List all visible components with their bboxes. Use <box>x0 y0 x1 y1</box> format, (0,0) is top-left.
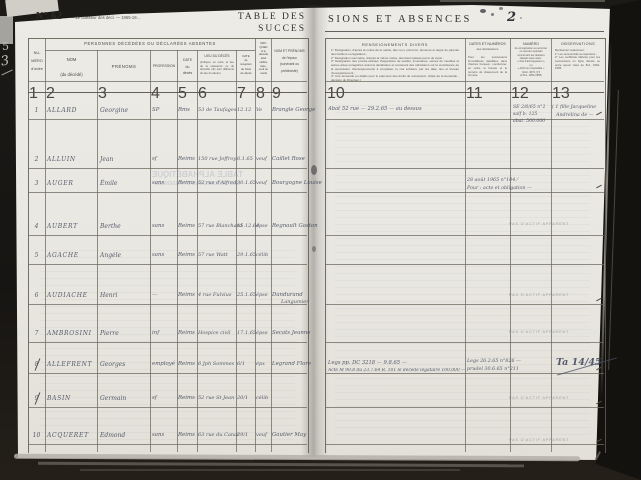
row-profession: sans <box>152 253 177 258</box>
row-profession: sf <box>152 396 177 401</box>
row-etat: épx <box>256 362 271 367</box>
row-lieu: Reims <box>178 224 197 229</box>
scanned-register-spread: 5 3 N° 62 — 2e classeur des décl. — 1965… <box>0 0 641 480</box>
column-header-renseignements-body: 1° Désignation, d'après la notice de la … <box>331 49 459 83</box>
column-header-numero-sommier: NUMÉRO <box>511 42 551 46</box>
row-adresse: 52 rue d'Alfred <box>198 181 236 186</box>
column-header-profession: PROFESSION <box>151 64 177 68</box>
row-lieu: Reims <box>178 433 197 438</box>
row-num: 1 <box>29 108 44 114</box>
row-conjoint-2: Langumier <box>281 300 311 305</box>
row-adresse: 4 rue Fulvius <box>198 293 236 298</box>
row-adresse: 53 de Taufages <box>198 108 236 113</box>
row-conjoint: Brangle George <box>272 108 308 113</box>
row-declaration-date: Legs 26.2.65 n°826 — <box>467 360 542 365</box>
row-conjoint: Gautier May <box>272 433 308 438</box>
row-renseignements: Acte M 90.8 du 23.7.64 R. 101 le décédé … <box>328 369 488 373</box>
column-header-date-avis: DATE de réception de l'avis de décès <box>237 54 255 75</box>
column-header-lieu-deces: LIEU DU DÉCÈS <box>198 54 236 58</box>
row-conjoint: Legrand Flore <box>272 362 308 367</box>
row-prenoms: Georgine <box>100 108 149 114</box>
row-renseignements: Legs pp. DC 3218 — 9.8.65 — <box>328 361 478 366</box>
table-row: 5 AGACHE Angèle sans Reims 57 rue Watt 2… <box>0 253 641 267</box>
col-num-8: 8 <box>256 84 271 104</box>
pencil-mark-3: 3 <box>0 53 11 69</box>
row-etat: Ve <box>256 108 271 113</box>
row-profession: employé <box>152 362 177 367</box>
col-num-4: 4 <box>151 84 177 104</box>
table-row: 8 ALLEFRENT Georges employé Reims 6 Jph … <box>0 362 641 376</box>
bleedthrough-texture-left <box>40 250 295 440</box>
row-nom: BASIN <box>47 396 97 402</box>
table-row: 1 ALLARD Georgine SP Rms 53 de Taufages … <box>0 108 641 122</box>
column-header-date-deces: DATE du décès <box>178 57 197 77</box>
row-nom: AMBROSINI <box>47 331 97 337</box>
pas-dactif-apparent-stamp: PAS D'ACTIF APPARENT <box>509 329 557 334</box>
row-prenoms: Henri <box>100 293 149 299</box>
column-header-epoux: NOM ET PRÉNOMS de l'époux (survivant ou … <box>272 48 307 74</box>
ink-smudge-2 <box>491 13 494 16</box>
row-conjoint: Regnault Gaston <box>272 224 308 229</box>
column-header-observations: OBSERVATIONS <box>552 42 604 47</box>
row-profession: inf <box>152 331 177 336</box>
pas-dactif-apparent-stamp: PAS D'ACTIF APPARENT <box>509 292 557 297</box>
row-nom: AUDIACHE <box>47 293 97 299</box>
row-lieu: Reims <box>178 362 197 367</box>
row-nom: AUGER <box>47 181 97 187</box>
column-header-observations-body: Mentionner notamment : 1° Les renvois fa… <box>555 49 600 71</box>
bleedthrough-texture-right <box>335 105 590 440</box>
row-conjoint: Bourgogne Louise <box>272 181 308 186</box>
row-date: 29/1 <box>237 433 254 438</box>
row-date: 6/1 <box>237 362 254 367</box>
col-num-3: 3 <box>98 84 150 104</box>
pas-dactif-apparent-stamp: PAS D'ACTIF APPARENT <box>509 437 557 442</box>
row-etat: épse <box>256 331 271 336</box>
row-observations: Andrelina de — <box>556 114 608 119</box>
row-adresse: 63 rue du Canal <box>198 433 236 438</box>
row-profession: sf <box>152 157 177 162</box>
header-bottom-line-left <box>28 92 307 93</box>
column-header-renseignements: RENSEIGNEMENTS DIVERS <box>327 42 463 47</box>
row-nom: ACQUERET <box>47 433 97 439</box>
column-header-lieu-note: (Indiquer, en outre, le lieu de la naiss… <box>200 61 234 75</box>
column-header-prenoms: PRÉNOMS <box>98 64 150 69</box>
col-num-12: 12 <box>511 84 551 104</box>
title-underline <box>325 31 604 32</box>
row-lieu: Rms <box>178 108 197 113</box>
table-row: 2 ALLUIN Jean sf Reims 150 rue Joffroy 6… <box>0 157 641 171</box>
row-adresse: 57 rue Watt <box>198 253 236 258</box>
row-lieu: Reims <box>178 253 197 258</box>
row-nom: ALLEFRENT <box>47 362 97 368</box>
row-num: 3 <box>29 181 44 187</box>
row-lieu: Reims <box>178 396 197 401</box>
column-header-dates-body: Pour les successions immobilières détail… <box>468 56 507 78</box>
row-conjoint: Secats Jeanne <box>272 331 308 336</box>
row-prenoms: Germain <box>100 396 149 402</box>
pencil-stroke <box>1 70 12 76</box>
col-num-13: 13 <box>552 84 604 104</box>
row-nom: ALLARD <box>47 108 97 114</box>
row-numero-sommier: abat. 500.000 <box>513 120 559 125</box>
row-lieu: Reims <box>178 331 197 336</box>
row-lieu: Reims <box>178 293 197 298</box>
ink-smudge-1 <box>480 9 486 13</box>
row-date: 29.1.65 <box>237 253 254 258</box>
row-etat: célib <box>256 253 271 258</box>
row-prenoms: Pierre <box>100 331 149 337</box>
table-row: 3 AUGER Émile sans Reims 52 rue d'Alfred… <box>0 181 641 195</box>
bottom-page-edge-3 <box>80 469 460 471</box>
row-profession: SP <box>152 108 177 113</box>
row-declaration-date: prudel 30.6.65 n°211 <box>467 368 542 373</box>
col-num-9: 9 <box>272 84 307 104</box>
row-prenoms: Berthe <box>100 224 149 230</box>
row-observations: ( 1 fille Jacqueline <box>552 106 608 111</box>
column-header-dates-sub: des déclarations <box>466 48 509 52</box>
row-prenoms: Émile <box>100 181 149 187</box>
register-number: N° 62 <box>36 11 62 24</box>
col-num-10: 10 <box>327 84 463 104</box>
row-profession: sans <box>152 181 177 186</box>
col-num-6: 6 <box>198 84 236 104</box>
bottom-page-edge-2 <box>38 462 524 468</box>
row-declaration-date: 28 août 1965 n°104 ⁄ <box>467 179 542 184</box>
row-num: 7 <box>29 331 44 337</box>
row-date: 25.1.65 <box>237 293 254 298</box>
row-adresse: 52 rue St Jean <box>198 396 236 401</box>
row-adresse: 150 rue Joffroy <box>198 157 236 162</box>
row-date: 6.1.65 <box>237 157 254 162</box>
page-title-right: SIONS ET ABSENCES <box>328 13 472 26</box>
row-etat: épse <box>256 224 271 229</box>
row-conjoint: Caillet Rose <box>272 157 308 162</box>
row-declaration-date: Pour : acte et obligation — <box>467 187 542 192</box>
page-title-left: TABLE DES SUCCES <box>186 12 306 36</box>
row-date: 20/1 <box>237 396 254 401</box>
row-adresse: 57 rue Blanchard <box>198 224 236 229</box>
row-num: 10 <box>29 433 44 439</box>
row-date: 12.12 <box>237 108 254 113</box>
col-num-1: 1 <box>29 84 45 104</box>
bleedthrough-line1: TABLE ALPHABÉTIQUE <box>135 170 260 179</box>
column-header-etat-civil: INDI- QUER si le décédé était céliba- ta… <box>256 42 271 76</box>
ink-smudge-4 <box>520 17 522 19</box>
pencil-mark-5: 5 <box>2 40 9 53</box>
row-etat: célib <box>256 396 271 401</box>
row-num: 2 <box>29 157 44 163</box>
row-etat: épse <box>256 293 271 298</box>
header-bottom-line-right <box>325 92 604 93</box>
row-conjoint: Dandurand <box>272 293 308 298</box>
pas-dactif-apparent-stamp: PAS D'ACTIF APPARENT <box>509 395 557 400</box>
top-edge-sliver <box>440 0 605 2</box>
numbers-row-line-left <box>28 81 307 82</box>
handwritten-page-number: 2 <box>507 11 516 24</box>
row-adresse: Hospice civil <box>198 331 236 336</box>
col-num-11: 11 <box>466 84 509 104</box>
row-num: 4 <box>29 224 44 230</box>
col-num-5: 5 <box>178 84 197 104</box>
column-header-numero-body: de consignation au sommier ou mention sp… <box>513 47 549 77</box>
pas-dactif-apparent-stamp: PAS D'ACTIF APPARENT <box>509 221 557 226</box>
row-prenoms: Edmond <box>100 433 149 439</box>
row-etat: veuf <box>256 433 271 438</box>
row-prenoms: Jean <box>100 157 149 163</box>
column-header-numero: NU- MÉRO d'ordre <box>29 50 45 74</box>
row-date: 17.1.65 <box>237 331 254 336</box>
column-header-dates-numeros: DATES ET NUMÉROS <box>466 42 509 46</box>
row-etat: veuf <box>256 157 271 162</box>
group-header-personnes: PERSONNES DÉCÉDÉES OU DÉCLARÉES ABSENTES <box>46 41 254 46</box>
row-nom: AUBERT <box>47 224 97 230</box>
col-num-2: 2 <box>46 84 97 104</box>
row-num: 6 <box>29 293 44 299</box>
row-numero-sommier: salf b. 125 <box>513 113 559 118</box>
row-profession: — <box>152 293 177 298</box>
row-nom: ALLUIN <box>47 157 97 163</box>
row-lieu: Reims <box>178 181 197 186</box>
table-row: 4 AUBERT Berthe sans Reims 57 rue Blanch… <box>0 224 641 238</box>
row-lieu: Reims <box>178 157 197 162</box>
row-num: 5 <box>29 253 44 259</box>
column-header-nom: NOM (du décédé) <box>46 56 97 79</box>
row-profession: sans <box>152 433 177 438</box>
bottom-page-edge-1 <box>14 454 580 461</box>
row-adresse: 6 Jph Sommes <box>198 362 236 367</box>
row-nom: AGACHE <box>47 253 97 259</box>
row-prenoms: Georges <box>100 362 149 368</box>
row-etat: veuf <box>256 181 271 186</box>
row-date: 15.12.64 <box>237 224 254 229</box>
numbers-row-line-right <box>325 81 604 82</box>
ink-smudge-3 <box>499 7 503 10</box>
row-renseignements: Abat 52 rue — 29.2.65 — au dessus <box>328 107 478 112</box>
row-date: 30.1.65 <box>237 181 254 186</box>
gutter-ink-blob-2 <box>312 246 316 252</box>
register-note: — 2e classeur des décl. — 1965-19… <box>70 15 141 20</box>
row-profession: sans <box>152 224 177 229</box>
row-prenoms: Angèle <box>100 253 149 259</box>
col-num-7: 7 <box>237 84 255 104</box>
